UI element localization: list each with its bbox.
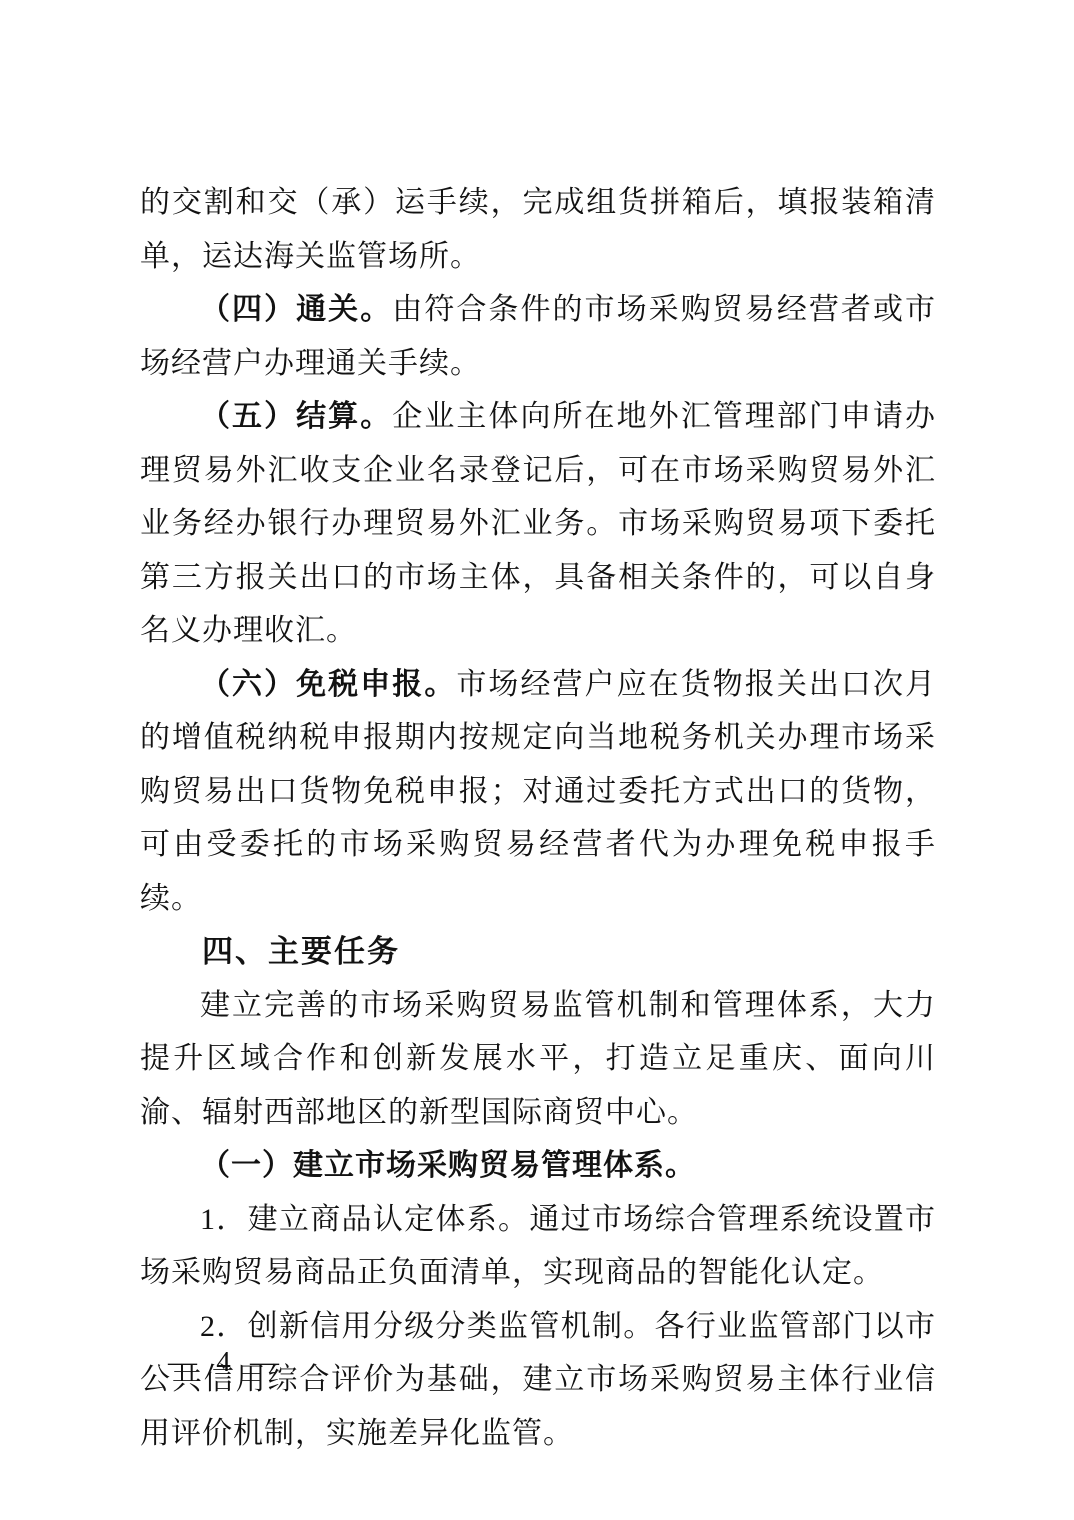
paragraph-subheading-management-system: （一）建立市场采购贸易管理体系。: [140, 1139, 936, 1193]
paragraph-tax-exempt-declaration: （六）免税申报。市场经营户应在货物报关出口次月的增值税纳税申报期内按规定向当地税…: [140, 658, 936, 926]
paragraph-settlement: （五）结算。企业主体向所在地外汇管理部门申请办理贸易外汇收支企业名录登记后，可在…: [140, 390, 936, 658]
paragraph-continuation: 的交割和交（承）运手续，完成组货拼箱后，填报装箱清单，运达海关监管场所。: [140, 176, 936, 283]
paragraph-customs-clearance: （四）通关。由符合条件的市场采购贸易经营者或市场经营户办理通关手续。: [140, 283, 936, 390]
document-body: 的交割和交（承）运手续，完成组货拼箱后，填报装箱清单，运达海关监管场所。 （四）…: [140, 176, 936, 1460]
document-page: 的交割和交（承）运手续，完成组货拼箱后，填报装箱清单，运达海关监管场所。 （四）…: [0, 0, 1074, 1520]
paragraph-lead: （一）建立市场采购贸易管理体系。: [200, 1149, 696, 1182]
section-heading-main-tasks: 四、主要任务: [140, 925, 936, 979]
paragraph-text: 市场经营户应在货物报关出口次月的增值税纳税申报期内按规定向当地税务机关办理市场采…: [140, 668, 936, 915]
paragraph-lead: （五）结算。: [200, 400, 392, 433]
paragraph-text: 1．建立商品认定体系。通过市场综合管理系统设置市场采购贸易商品正负面清单，实现商…: [140, 1203, 936, 1290]
paragraph-text: 建立完善的市场采购贸易监管机制和管理体系，大力提升区域合作和创新发展水平，打造立…: [140, 989, 936, 1129]
paragraph-lead: （六）免税申报。: [200, 668, 456, 701]
paragraph-text: 企业主体向所在地外汇管理部门申请办理贸易外汇收支企业名录登记后，可在市场采购贸易…: [140, 400, 936, 647]
paragraph-task-1: 1．建立商品认定体系。通过市场综合管理系统设置市场采购贸易商品正负面清单，实现商…: [140, 1193, 936, 1300]
paragraph-lead: （四）通关。: [200, 293, 392, 326]
page-number: — 4 —: [168, 1342, 285, 1382]
paragraph-text: 的交割和交（承）运手续，完成组货拼箱后，填报装箱清单，运达海关监管场所。: [140, 186, 936, 273]
paragraph-overview: 建立完善的市场采购贸易监管机制和管理体系，大力提升区域合作和创新发展水平，打造立…: [140, 979, 936, 1140]
